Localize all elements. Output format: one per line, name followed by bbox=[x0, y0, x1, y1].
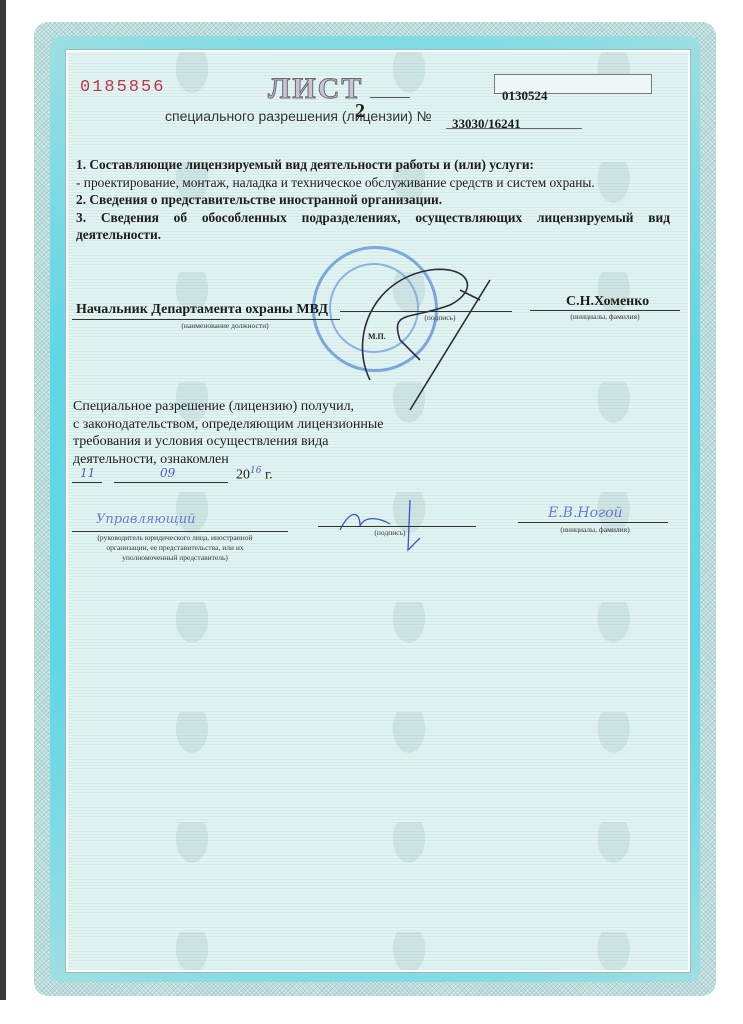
recipient-name-caption: (инициалы, фамилия) bbox=[540, 525, 650, 534]
recipient-name-line bbox=[518, 522, 668, 523]
document-title: ЛИСТ bbox=[268, 72, 363, 106]
title-underline bbox=[370, 97, 410, 98]
date-day-line bbox=[72, 482, 102, 483]
ack-line-1: Специальное разрешение (лицензию) получи… bbox=[73, 398, 403, 416]
section-3-heading: 3. Сведения об обособленных подразделени… bbox=[76, 209, 670, 227]
serial-number: 0185856 bbox=[80, 78, 165, 97]
caption-line-3: уполномоченный представитель) bbox=[70, 553, 280, 563]
date-day: 11 bbox=[80, 466, 95, 480]
section-3-heading-cont: деятельности. bbox=[76, 226, 670, 244]
document-subtitle: специального разрешения (лицензии) № bbox=[165, 108, 432, 124]
issuer-position: Начальник Департамента охраны МВД bbox=[76, 302, 328, 318]
issuer-signature-caption: (подпись) bbox=[420, 313, 460, 322]
license-number-line bbox=[446, 128, 582, 129]
license-sections: 1. Составляющие лицензируемый вид деятел… bbox=[76, 156, 670, 244]
recipient-signature-caption: (подпись) bbox=[370, 528, 410, 537]
issuer-signature-line bbox=[340, 311, 512, 312]
issuer-name-caption: (инициалы, фамилия) bbox=[550, 312, 660, 321]
date-month: 09 bbox=[160, 466, 175, 480]
recipient-position-handwritten: Управляющий bbox=[96, 512, 196, 527]
registration-number: 0130524 bbox=[502, 88, 548, 104]
ack-line-2: с законодательством, определяющим лиценз… bbox=[73, 416, 403, 434]
date-month-line bbox=[114, 482, 228, 483]
scan-edge bbox=[0, 0, 6, 1000]
issuer-name: С.Н.Хоменко bbox=[566, 294, 649, 310]
section-2-heading: 2. Сведения о представительстве иностран… bbox=[76, 191, 670, 209]
stamp-mark: М.П. bbox=[368, 332, 386, 341]
caption-line-1: (руководитель юридического лица, иностра… bbox=[70, 533, 280, 543]
acknowledgement-text: Специальное разрешение (лицензию) получи… bbox=[73, 398, 403, 468]
recipient-position-line bbox=[72, 531, 288, 532]
section-1-item: - проектирование, монтаж, наладка и техн… bbox=[76, 174, 670, 192]
section-1-heading: 1. Составляющие лицензируемый вид деятел… bbox=[76, 156, 670, 174]
date-year-prefix: 20 bbox=[236, 468, 250, 483]
issuer-name-line bbox=[530, 310, 680, 311]
ack-line-3: требования и условия осуществления вида bbox=[73, 433, 403, 451]
recipient-name-handwritten: Е.В.Ногой bbox=[548, 505, 623, 521]
recipient-position-caption: (руководитель юридического лица, иностра… bbox=[70, 533, 280, 563]
date-year-suffix: 16 bbox=[250, 466, 261, 476]
license-number: 33030/16241 bbox=[452, 116, 521, 132]
caption-line-2: организации, ее представительства, или и… bbox=[70, 543, 280, 553]
recipient-signature-line bbox=[318, 526, 476, 527]
issuer-handwritten-signature bbox=[330, 250, 500, 420]
date-suffix: г. bbox=[265, 468, 273, 483]
recipient-handwritten-signature bbox=[320, 490, 440, 560]
position-line bbox=[72, 319, 340, 320]
position-caption: (наименование должности) bbox=[150, 321, 300, 330]
date-year: 2016 г. bbox=[236, 466, 273, 484]
